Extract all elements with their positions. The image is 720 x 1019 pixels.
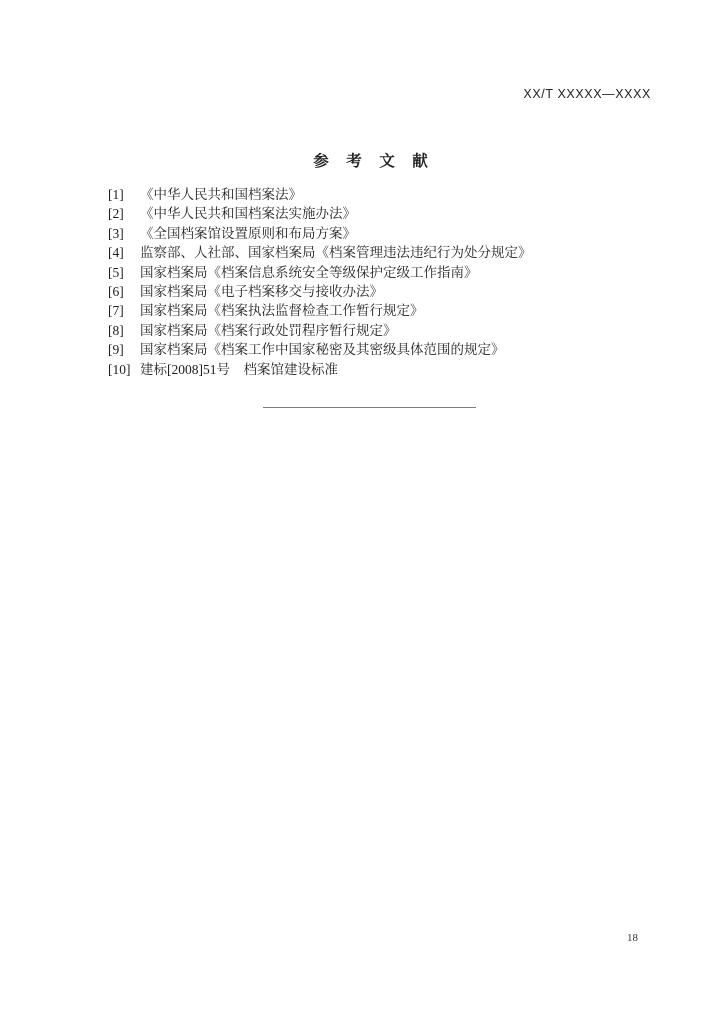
reference-number: [5] xyxy=(108,263,134,282)
reference-row: [3]《全国档案馆设置原则和布局方案》 xyxy=(108,224,668,243)
reference-text: 国家档案局《档案工作中国家秘密及其密级具体范围的规定》 xyxy=(140,342,505,357)
reference-number: [8] xyxy=(108,321,134,340)
reference-text: 《全国档案馆设置原则和布局方案》 xyxy=(140,226,356,241)
reference-number: [9] xyxy=(108,340,134,359)
reference-row: [4]监察部、人社部、国家档案局《档案管理违法违纪行为处分规定》 xyxy=(108,243,668,262)
reference-row: [5]国家档案局《档案信息系统安全等级保护定级工作指南》 xyxy=(108,263,668,282)
reference-number: [2] xyxy=(108,204,134,223)
reference-number: [10] xyxy=(108,360,134,379)
reference-text: 国家档案局《档案行政处罚程序暂行规定》 xyxy=(140,323,397,338)
reference-text: 《中华人民共和国档案法实施办法》 xyxy=(140,206,356,221)
reference-row: [6]国家档案局《电子档案移交与接收办法》 xyxy=(108,282,668,301)
reference-row: [9]国家档案局《档案工作中国家秘密及其密级具体范围的规定》 xyxy=(108,340,668,359)
standard-code: XX/T XXXXX—XXXX xyxy=(523,87,651,101)
reference-text: 国家档案局《档案执法监督检查工作暂行规定》 xyxy=(140,303,424,318)
page-number: 18 xyxy=(627,932,638,944)
reference-text: 监察部、人社部、国家档案局《档案管理违法违纪行为处分规定》 xyxy=(140,245,532,260)
reference-text: 国家档案局《电子档案移交与接收办法》 xyxy=(140,284,383,299)
divider-line xyxy=(263,407,476,408)
reference-text: 国家档案局《档案信息系统安全等级保护定级工作指南》 xyxy=(140,265,478,280)
reference-text: 《中华人民共和国档案法》 xyxy=(140,187,302,202)
reference-row: [7]国家档案局《档案执法监督检查工作暂行规定》 xyxy=(108,301,668,320)
references-title: 参 考 文 献 xyxy=(11,149,720,171)
reference-row: [2]《中华人民共和国档案法实施办法》 xyxy=(108,204,668,223)
references-list: [1]《中华人民共和国档案法》 [2]《中华人民共和国档案法实施办法》 [3]《… xyxy=(108,185,668,379)
reference-number: [7] xyxy=(108,301,134,320)
reference-row: [1]《中华人民共和国档案法》 xyxy=(108,185,668,204)
reference-row: [10]建标[2008]51号 档案馆建设标准 xyxy=(108,360,668,379)
reference-number: [4] xyxy=(108,243,134,262)
reference-text: 建标[2008]51号 档案馆建设标准 xyxy=(140,362,338,377)
reference-number: [1] xyxy=(108,185,134,204)
reference-row: [8]国家档案局《档案行政处罚程序暂行规定》 xyxy=(108,321,668,340)
reference-number: [6] xyxy=(108,282,134,301)
document-page: XX/T XXXXX—XXXX 参 考 文 献 [1]《中华人民共和国档案法》 … xyxy=(0,0,720,1019)
reference-number: [3] xyxy=(108,224,134,243)
